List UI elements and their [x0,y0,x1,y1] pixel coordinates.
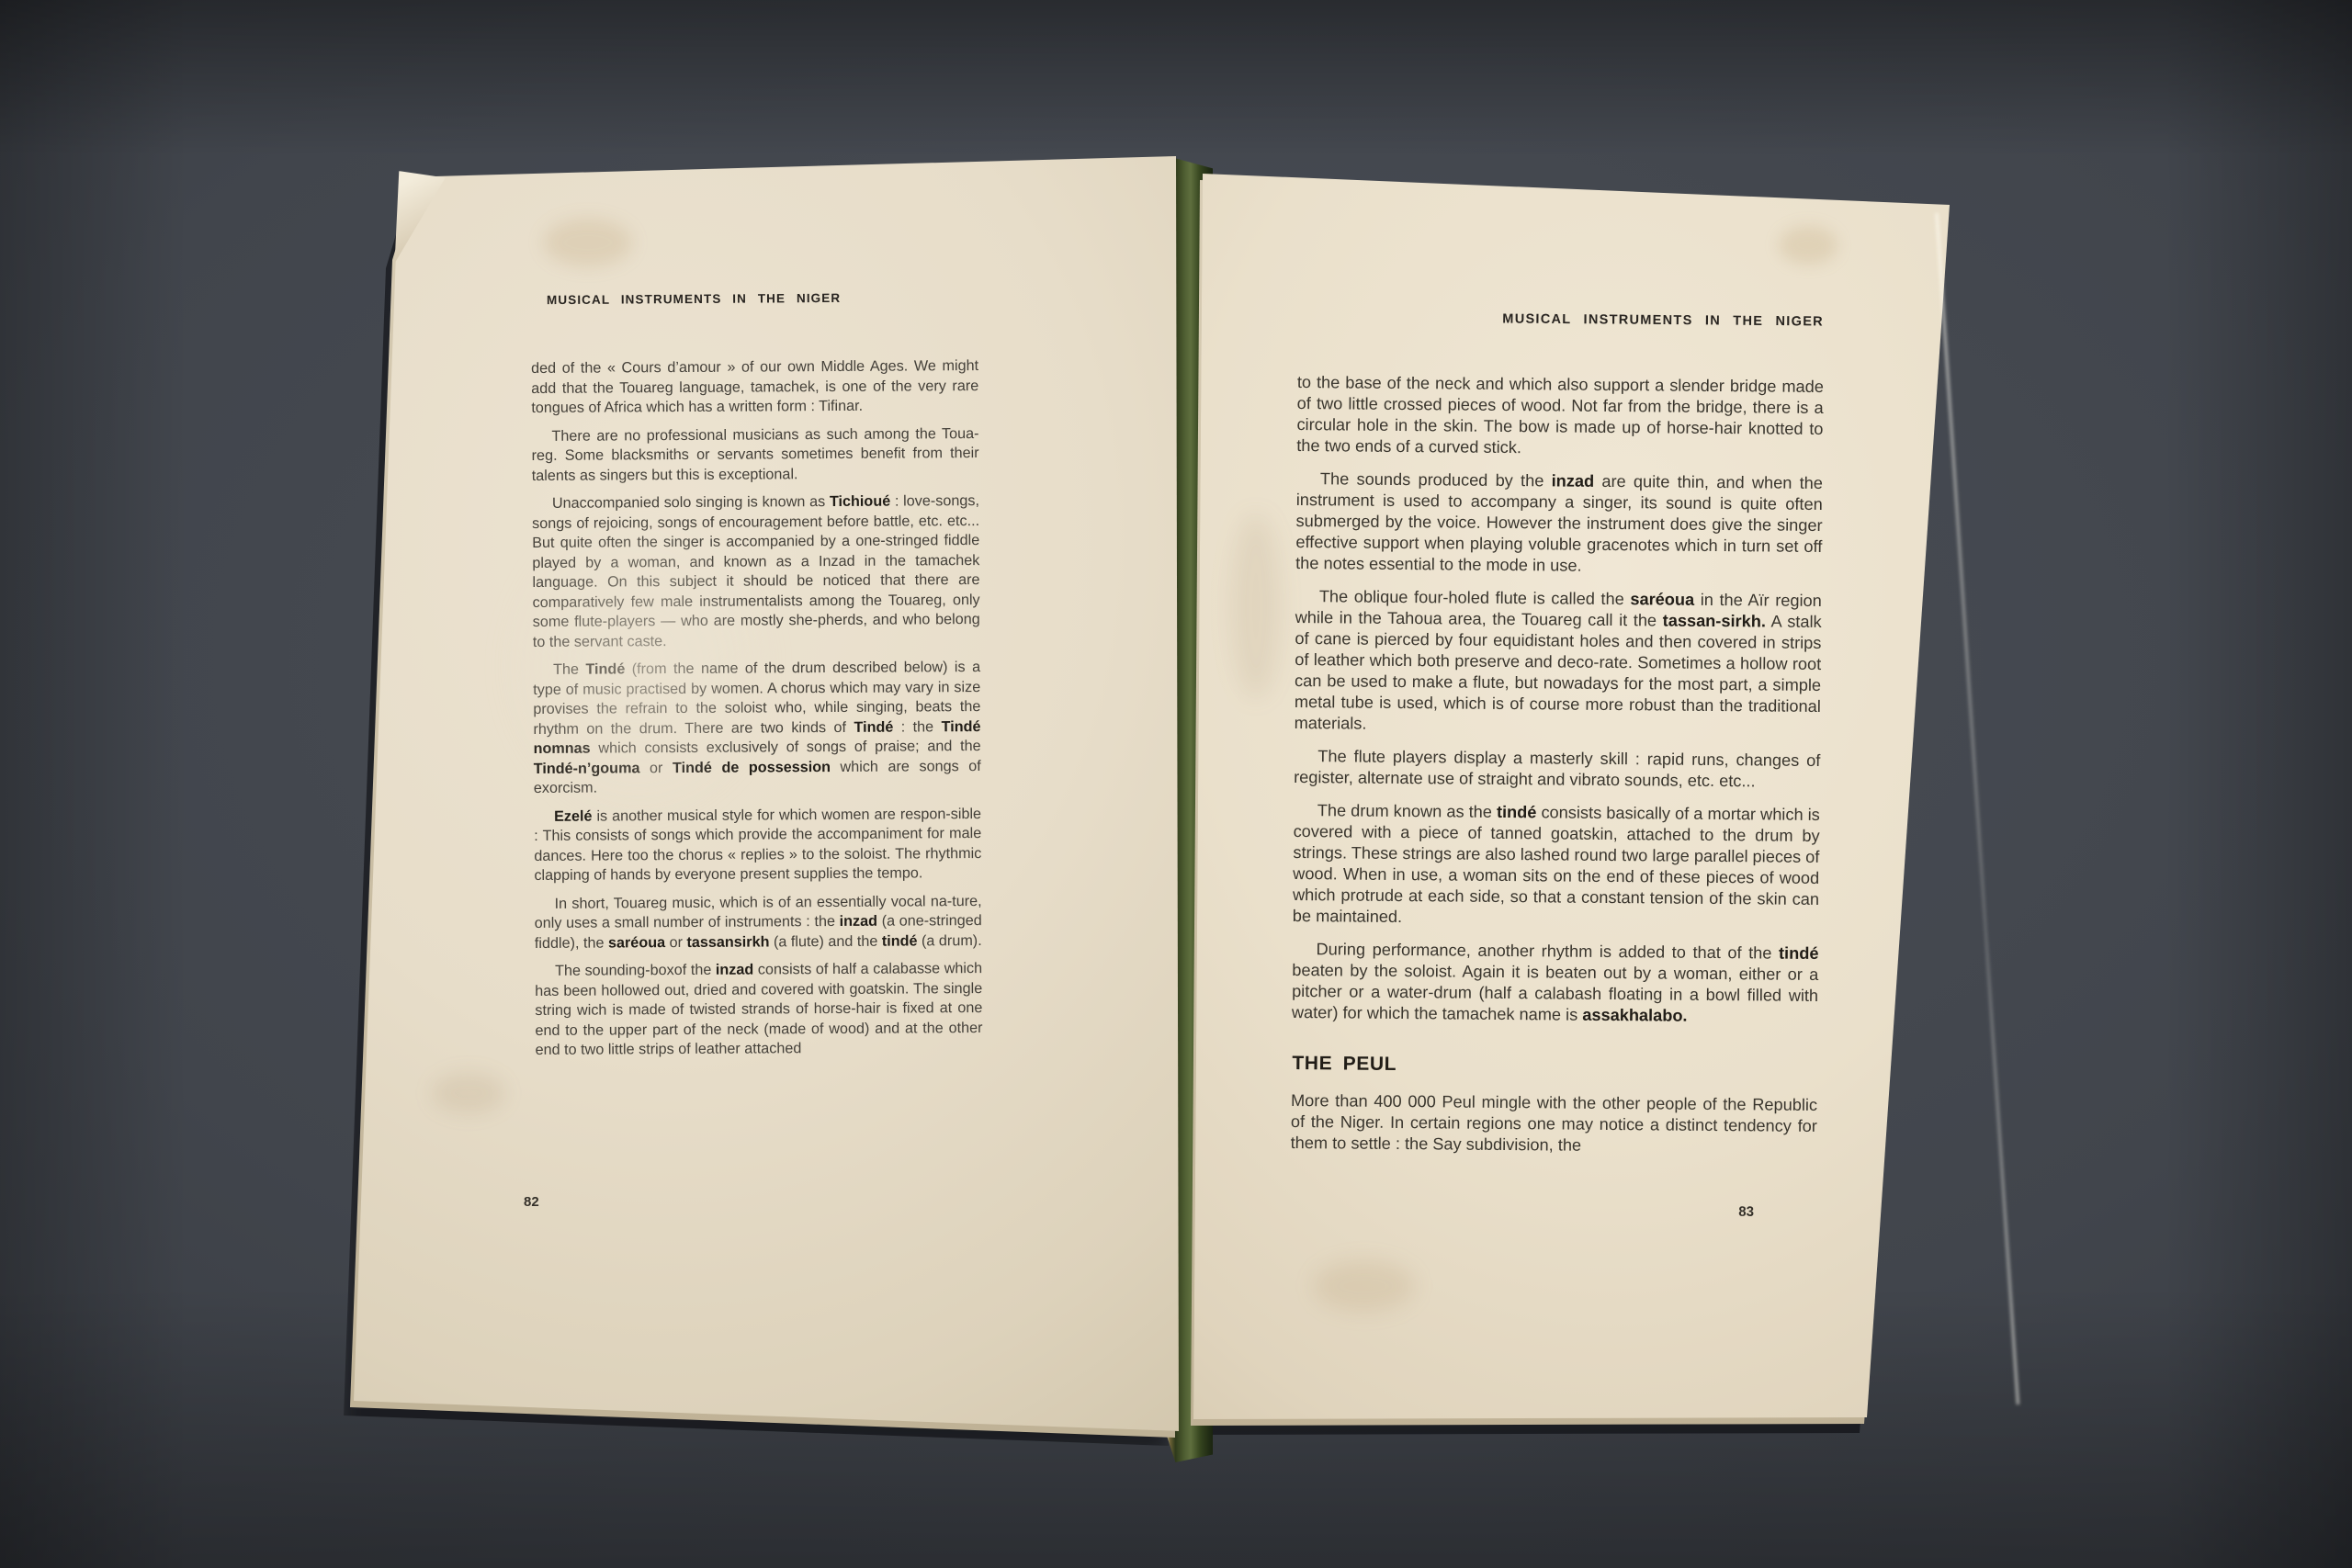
text-run: or [639,760,673,776]
text-run: is another musical style for which women… [534,806,981,884]
paragraph: More than 400 000 Peul mingle with the o… [1291,1090,1818,1158]
paragraph: The sounds produced by the inzad are qui… [1295,468,1823,579]
bold-term: tindé [1779,944,1819,963]
paragraph: The drum known as the tindé consists bas… [1293,800,1820,931]
bold-term: Tindé-n’gouma [534,760,640,777]
text-run: The drum known as the [1317,801,1497,821]
paragraph: The oblique four-holed flute is called t… [1295,586,1822,739]
right-page-text: to the base of the neck and which also s… [1290,372,1824,1170]
bold-term: inzad [1552,471,1595,490]
page-edge-highlight [1935,213,2019,1404]
text-run: ded of the « Cours d’amour » of our own … [531,357,978,416]
bold-term: Ezelé [554,807,593,824]
bold-term: inzad [840,913,877,930]
text-run: (a drum). [917,932,981,949]
bold-term: Tichioué [830,493,890,510]
text-run: The sounds produced by the [1320,469,1552,490]
running-header-right: MUSICAL INSTRUMENTS IN THE NIGER [1297,310,1824,330]
bold-term: Tindé de possession [673,759,831,776]
paragraph: to the base of the neck and which also s… [1296,372,1824,461]
bold-term: assakhalabo. [1582,1006,1687,1025]
text-run: to the base of the neck and which also s… [1296,373,1824,457]
paragraph: The Tindé (from the name of the drum des… [533,658,981,798]
bold-term: tindé [1497,803,1537,821]
running-header-left: MUSICAL INSTRUMENTS IN THE NIGER [547,291,841,307]
bold-term: tassansirkh [686,933,769,951]
left-page: MUSICAL INSTRUMENTS IN THE NIGER ded of … [352,152,1179,1438]
right-page: MUSICAL INSTRUMENTS IN THE NIGER to the … [1188,168,1960,1438]
right-page-text-top: to the base of the neck and which also s… [1292,372,1824,1028]
text-run: The sounding-boxof the [555,962,716,979]
photo-backdrop: MUSICAL INSTRUMENTS IN THE NIGER ded of … [0,0,2352,1568]
paragraph: Unaccompanied solo singing is known as T… [532,491,980,652]
bold-term: tindé [882,932,918,949]
paragraph: The flute players display a masterly ski… [1294,746,1820,793]
text-run: which consists exclusively of songs of p… [591,738,981,757]
bold-term: saréoua [608,934,665,951]
paragraph: In short, Touareg music, which is of an … [535,892,982,953]
paragraph: The sounding-boxof the inzad consists of… [535,959,983,1060]
left-page-text: ded of the « Cours d’amour » of our own … [531,356,983,1068]
text-run: More than 400 000 Peul mingle with the o… [1291,1091,1818,1155]
bold-term: saréoua [1630,590,1694,609]
text-run: (a flute) and the [769,932,881,950]
paragraph: Ezelé is another musical style for which… [534,805,982,886]
bold-term: Tindé [854,718,893,735]
text-run: The flute players display a masterly ski… [1294,747,1820,790]
text-run: consists basically of a mortar which is … [1293,803,1820,926]
text-run: During performance, another rhythm is ad… [1316,940,1779,962]
bold-term: tassan-sirkh. [1663,611,1766,630]
text-run: The [553,661,585,678]
text-run: The oblique four-holed flute is called t… [1319,587,1631,608]
text-run: : love-songs, songs of rejoicing, songs … [532,492,980,649]
bold-term: Tindé [585,660,625,677]
paragraph: ded of the « Cours d’amour » of our own … [531,356,978,418]
text-run: : the [893,718,941,735]
section-heading: THE PEUL [1292,1053,1817,1078]
right-page-text-bottom: More than 400 000 Peul mingle with the o… [1291,1090,1818,1158]
text-run: or [665,933,687,950]
bold-term: inzad [716,962,753,978]
page-number-right: 83 [1297,1201,1824,1221]
text-run: There are no professional musicians as s… [532,425,979,484]
text-run: beaten by the soloist. Again it is beate… [1292,961,1819,1024]
paragraph: During performance, another rhythm is ad… [1292,939,1819,1028]
paragraph: There are no professional musicians as s… [531,424,978,486]
page-number-left: 82 [524,1194,539,1210]
text-run: Unaccompanied solo singing is known as [552,493,830,512]
